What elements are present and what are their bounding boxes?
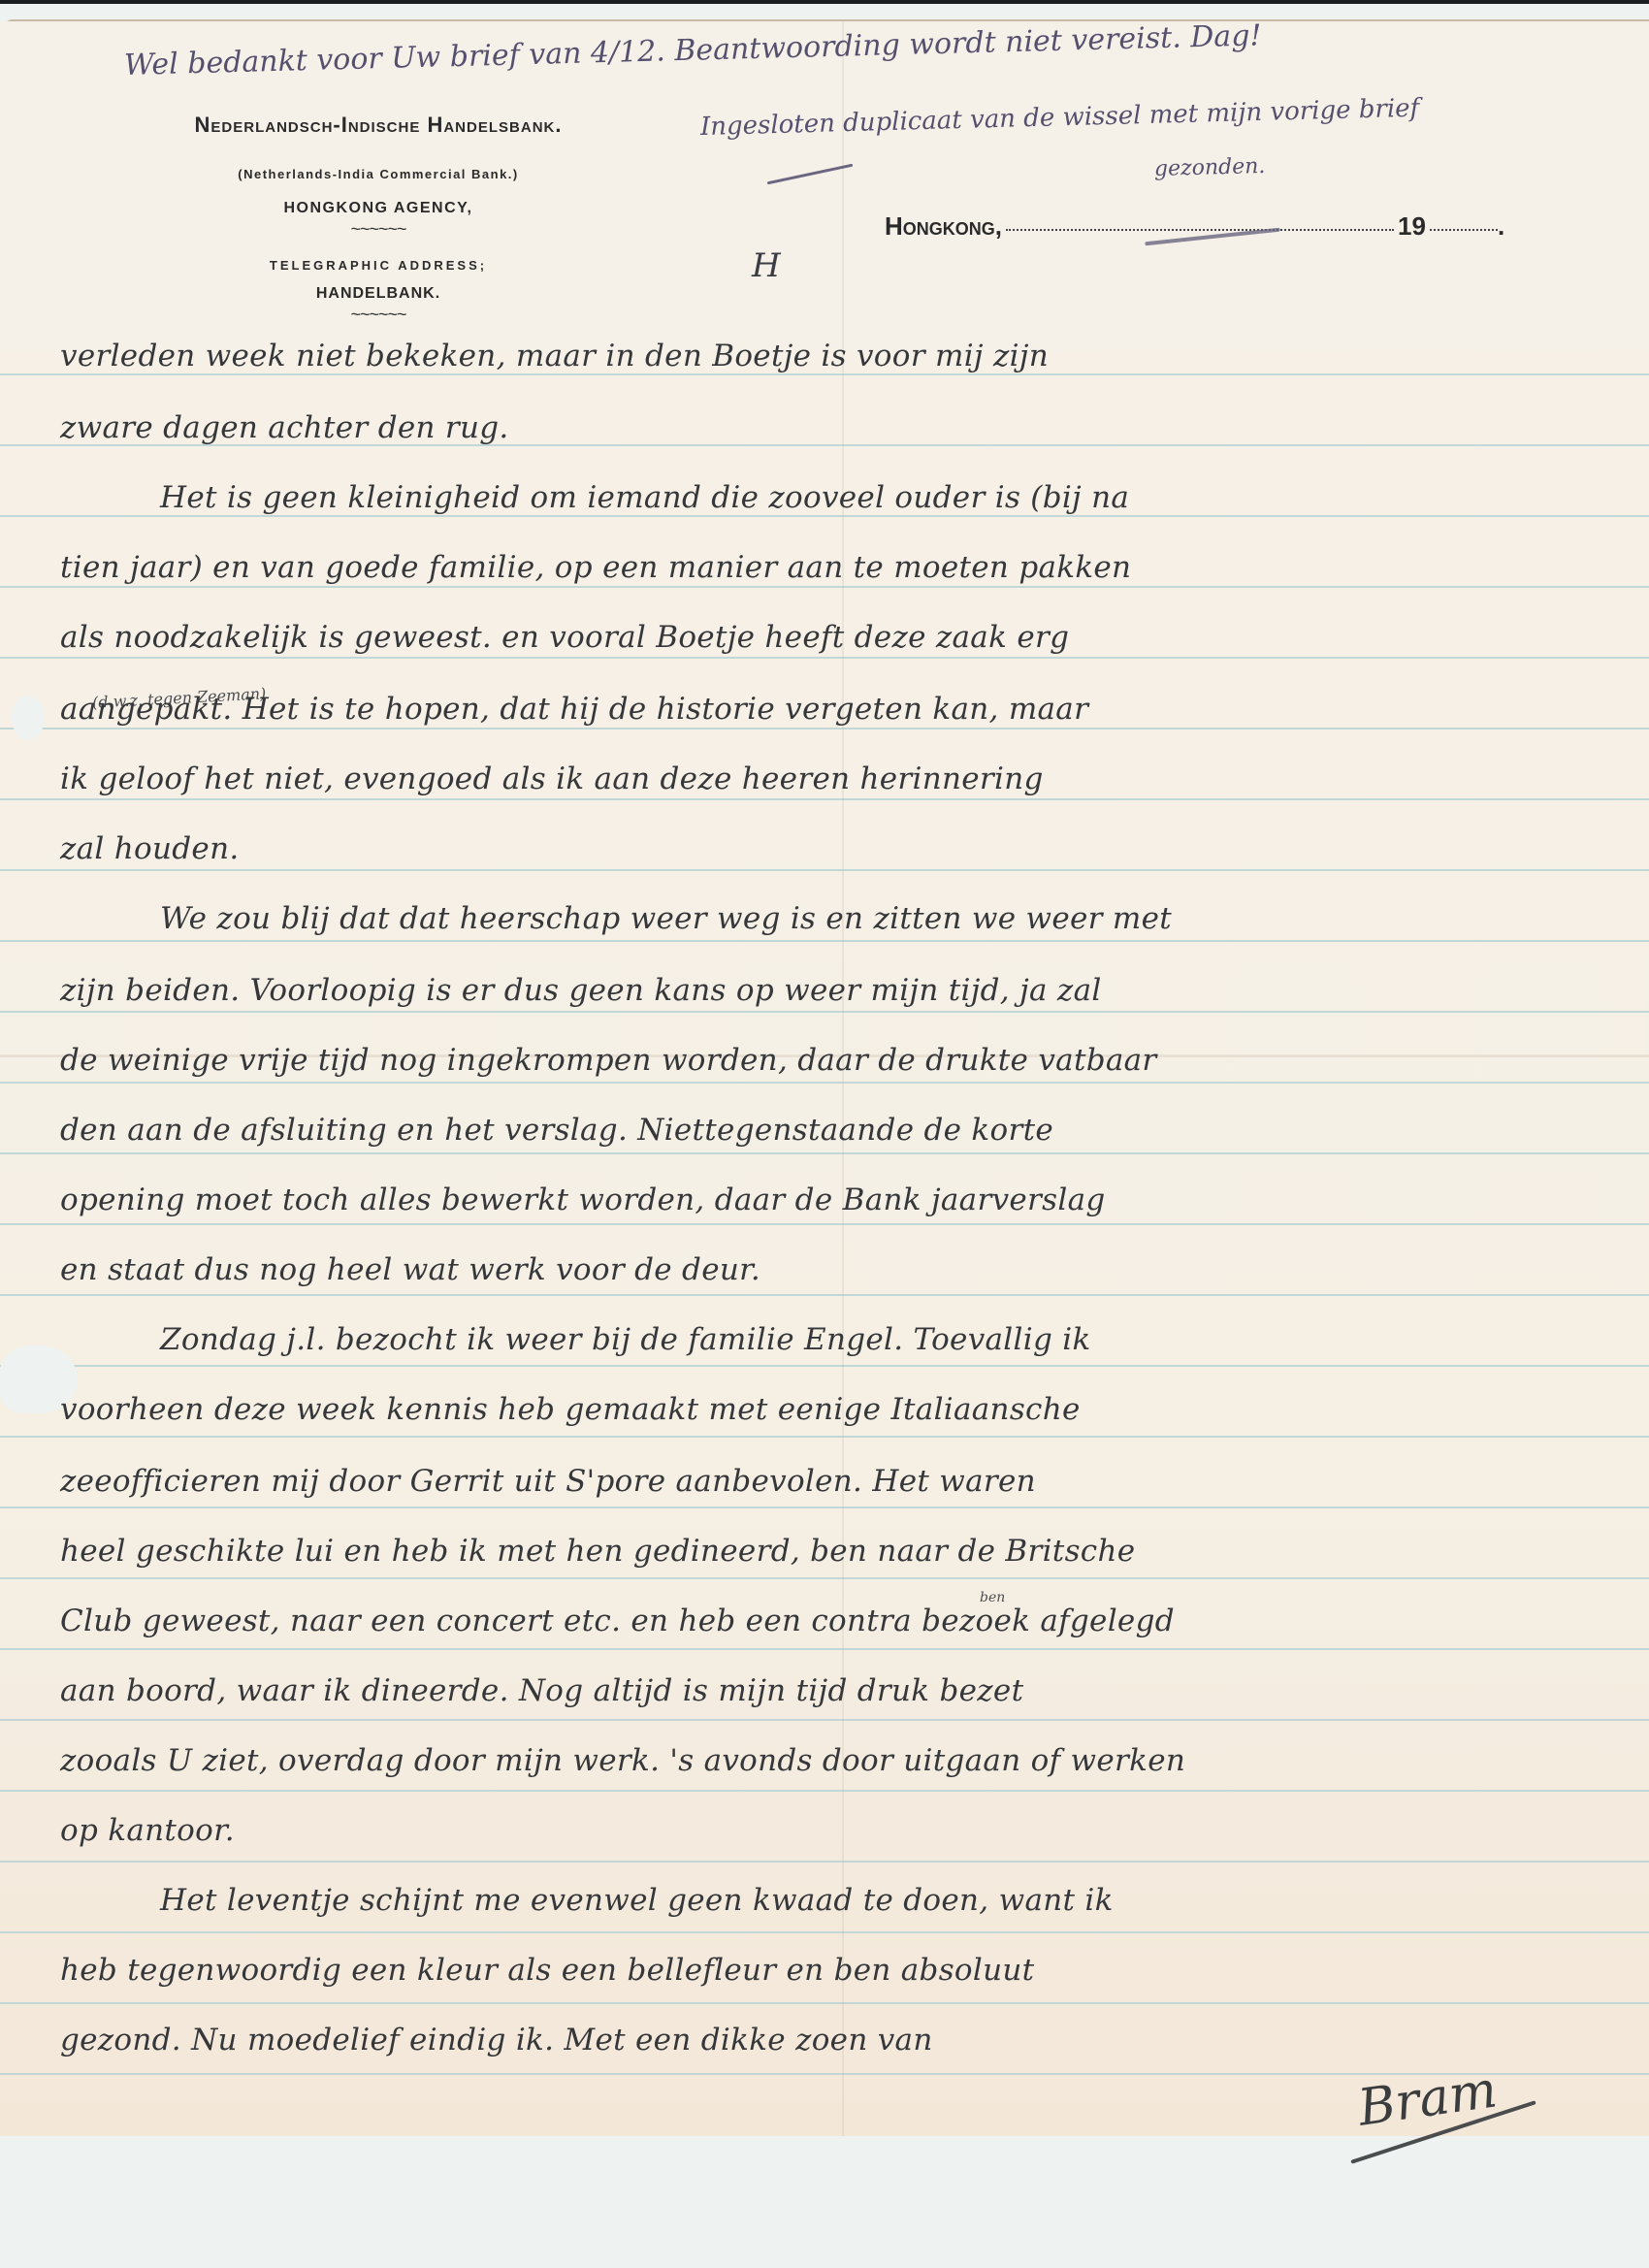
letter-line: ik geloof het niet, evengoed als ik aan …: [60, 764, 1044, 794]
date-end: .: [1498, 211, 1504, 241]
pencil-note-line-3: gezonden.: [1154, 154, 1266, 181]
letter-line: op kantoor.: [60, 1816, 235, 1846]
letter-line: heb tegenwoordig een kleur als een belle…: [60, 1956, 1034, 1986]
letter-line: aangepakt. Het is te hopen, dat hij de h…: [60, 695, 1088, 725]
initial-mark: H: [752, 246, 781, 285]
letter-line: We zou blij dat dat heerschap weer weg i…: [160, 904, 1172, 934]
telegraphic-label: TELEGRAPHIC ADDRESS;: [116, 258, 640, 273]
letter-line: tien jaar) en van goede familie, op een …: [60, 553, 1131, 583]
letter-line: als noodzakelijk is geweest. en vooral B…: [60, 623, 1069, 653]
letter-line: Het leventje schijnt me evenwel geen kwa…: [160, 1886, 1114, 1916]
letter-line: Het is geen kleinigheid om iemand die zo…: [160, 483, 1129, 513]
place-label: Hongkong,: [885, 211, 1002, 241]
letter-line: voorheen deze week kennis heb gemaakt me…: [60, 1395, 1081, 1425]
letter-line: zijn beiden. Voorloopig is er dus geen k…: [60, 976, 1102, 1006]
letter-line: en staat dus nog heel wat werk voor de d…: [60, 1255, 760, 1285]
letter-line: zeeofficieren mij door Gerrit uit S'pore…: [60, 1467, 1036, 1497]
year-blank: [1430, 229, 1498, 231]
letter-line: zware dagen achter den rug.: [60, 413, 509, 443]
bank-name-english: (Netherlands-India Commercial Bank.): [107, 167, 650, 181]
letter-page: Nederlandsch-Indische Handelsbank. (Neth…: [0, 19, 1649, 2136]
letter-line: zooals U ziet, overdag door mijn werk. '…: [60, 1746, 1185, 1776]
letter-line: aan boord, waar ik dineerde. Nog altijd …: [60, 1676, 1023, 1706]
letter-line: zal houden.: [60, 834, 240, 864]
agency-name: HONGKONG AGENCY,: [155, 200, 601, 217]
scan-top-edge: [0, 0, 1649, 4]
letter-line: de weinige vrije tijd nog ingekrompen wo…: [60, 1046, 1157, 1076]
divider-2: ~~~~~~: [155, 305, 601, 325]
year-prefix: 19: [1398, 211, 1426, 241]
letter-line: opening moet toch alles bewerkt worden, …: [60, 1185, 1106, 1215]
letter-line: gezond. Nu moedelief eindig ik. Met een …: [60, 2025, 933, 2056]
letter-line: Club geweest, naar een concert etc. en h…: [60, 1606, 1175, 1636]
telegraphic-address: HANDELBANK.: [155, 285, 601, 303]
date-blank: [1006, 229, 1394, 231]
punch-hole-top: [12, 696, 45, 740]
letter-line: den aan de afsluiting en het verslag. Ni…: [60, 1116, 1053, 1146]
divider-1: ~~~~~~: [155, 219, 601, 240]
letter-line: verleden week niet bekeken, maar in den …: [60, 341, 1049, 372]
letter-line: heel geschikte lui en heb ik met hen ged…: [60, 1537, 1135, 1567]
bank-name: Nederlandsch-Indische Handelsbank.: [68, 113, 689, 138]
letter-line: Zondag j.l. bezocht ik weer bij de famil…: [160, 1325, 1091, 1355]
